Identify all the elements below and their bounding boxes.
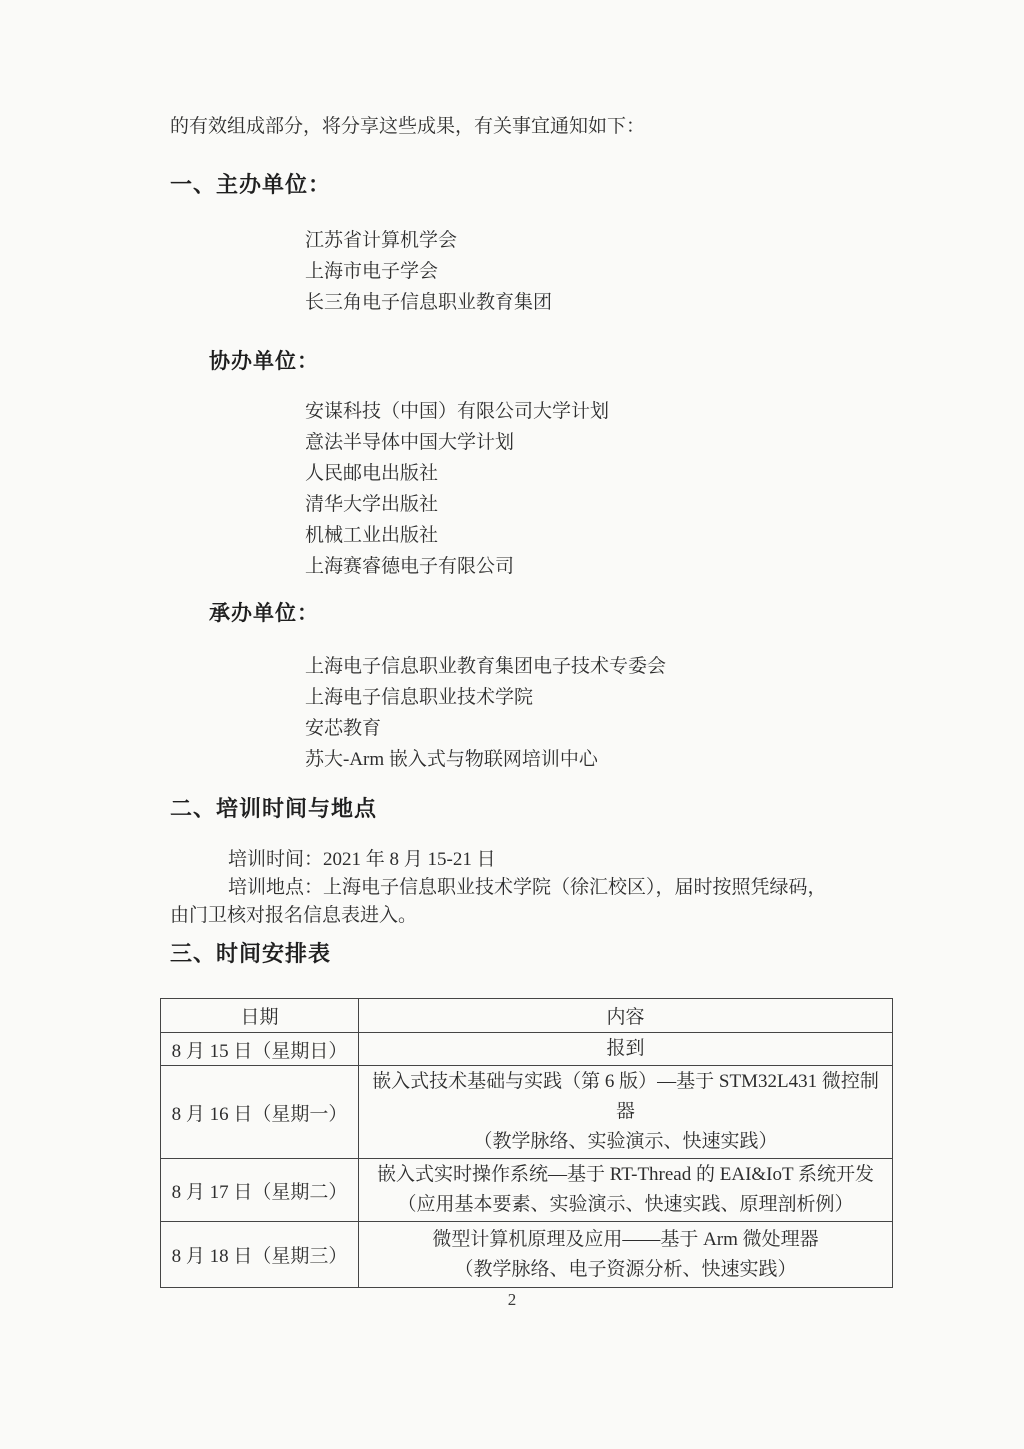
training-location-continuation: 由门卫核对报名信息表进入。 [170,902,417,930]
schedule-table: 日期 内容 8 月 15 日（星期日） 报到 8 月 16 日（星期一） 嵌入式… [160,998,893,1288]
list-item: 人民邮电出版社 [305,458,609,489]
list-item: 上海市电子学会 [305,256,552,287]
table-row: 8 月 18 日（星期三） 微型计算机原理及应用——基于 Arm 微处理器 （教… [161,1222,893,1288]
list-item: 苏大-Arm 嵌入式与物联网培训中心 [305,744,666,775]
table-row: 8 月 15 日（星期日） 报到 [161,1033,893,1066]
table-row: 8 月 16 日（星期一） 嵌入式技术基础与实践（第 6 版）—基于 STM32… [161,1066,893,1159]
date-cell: 8 月 18 日（星期三） [161,1222,359,1288]
section-heading-organizers: 承办单位： [209,597,319,627]
content-line: 嵌入式实时操作系统—基于 RT-Thread 的 EAI&IoT 系统开发 [363,1160,888,1190]
list-item: 上海电子信息职业技术学院 [305,682,666,713]
content-cell: 嵌入式实时操作系统—基于 RT-Thread 的 EAI&IoT 系统开发 （应… [359,1159,893,1222]
document-page: 的有效组成部分，将分享这些成果，有关事宜通知如下： 一、主办单位： 江苏省计算机… [0,0,1024,1449]
date-cell: 8 月 16 日（星期一） [161,1066,359,1159]
organizers-list: 上海电子信息职业教育集团电子技术专委会 上海电子信息职业技术学院 安芯教育 苏大… [305,651,666,775]
intro-paragraph: 的有效组成部分，将分享这些成果，有关事宜通知如下： [170,113,645,141]
content-line: （教学脉络、电子资源分析、快速实践） [363,1255,888,1285]
list-item: 意法半导体中国大学计划 [305,427,609,458]
content-line: （教学脉络、实验演示、快速实践） [363,1127,888,1157]
content-line: 嵌入式技术基础与实践（第 6 版）—基于 STM32L431 微控制器 [363,1067,888,1127]
training-location-line: 培训地点：上海电子信息职业技术学院（徐汇校区），届时按照凭绿码， [228,874,827,902]
list-item: 清华大学出版社 [305,489,609,520]
date-cell: 8 月 17 日（星期二） [161,1159,359,1222]
header-cell-content: 内容 [359,999,893,1033]
page-number: 2 [0,1290,1024,1310]
section-heading-coorganizers: 协办单位： [209,345,319,375]
content-line: 微型计算机原理及应用——基于 Arm 微处理器 [363,1225,888,1255]
list-item: 安芯教育 [305,713,666,744]
coorganizers-list: 安谋科技（中国）有限公司大学计划 意法半导体中国大学计划 人民邮电出版社 清华大… [305,396,609,582]
table-row: 8 月 17 日（星期二） 嵌入式实时操作系统—基于 RT-Thread 的 E… [161,1159,893,1222]
content-line: 报到 [363,1034,888,1064]
header-cell-date: 日期 [161,999,359,1033]
section-heading-time-location: 二、培训时间与地点 [170,792,377,823]
list-item: 上海赛睿德电子有限公司 [305,551,609,582]
list-item: 长三角电子信息职业教育集团 [305,287,552,318]
content-cell: 微型计算机原理及应用——基于 Arm 微处理器 （教学脉络、电子资源分析、快速实… [359,1222,893,1288]
content-cell: 报到 [359,1033,893,1066]
training-time-line: 培训时间：2021 年 8 月 15-21 日 [228,846,496,874]
section-heading-hosts: 一、主办单位： [170,168,331,199]
hosts-list: 江苏省计算机学会 上海市电子学会 长三角电子信息职业教育集团 [305,225,552,318]
date-cell: 8 月 15 日（星期日） [161,1033,359,1066]
table-header-row: 日期 内容 [161,999,893,1033]
content-cell: 嵌入式技术基础与实践（第 6 版）—基于 STM32L431 微控制器 （教学脉… [359,1066,893,1159]
list-item: 江苏省计算机学会 [305,225,552,256]
list-item: 安谋科技（中国）有限公司大学计划 [305,396,609,427]
section-heading-schedule: 三、时间安排表 [170,937,331,968]
list-item: 上海电子信息职业教育集团电子技术专委会 [305,651,666,682]
list-item: 机械工业出版社 [305,520,609,551]
content-line: （应用基本要素、实验演示、快速实践、原理剖析例） [363,1190,888,1220]
